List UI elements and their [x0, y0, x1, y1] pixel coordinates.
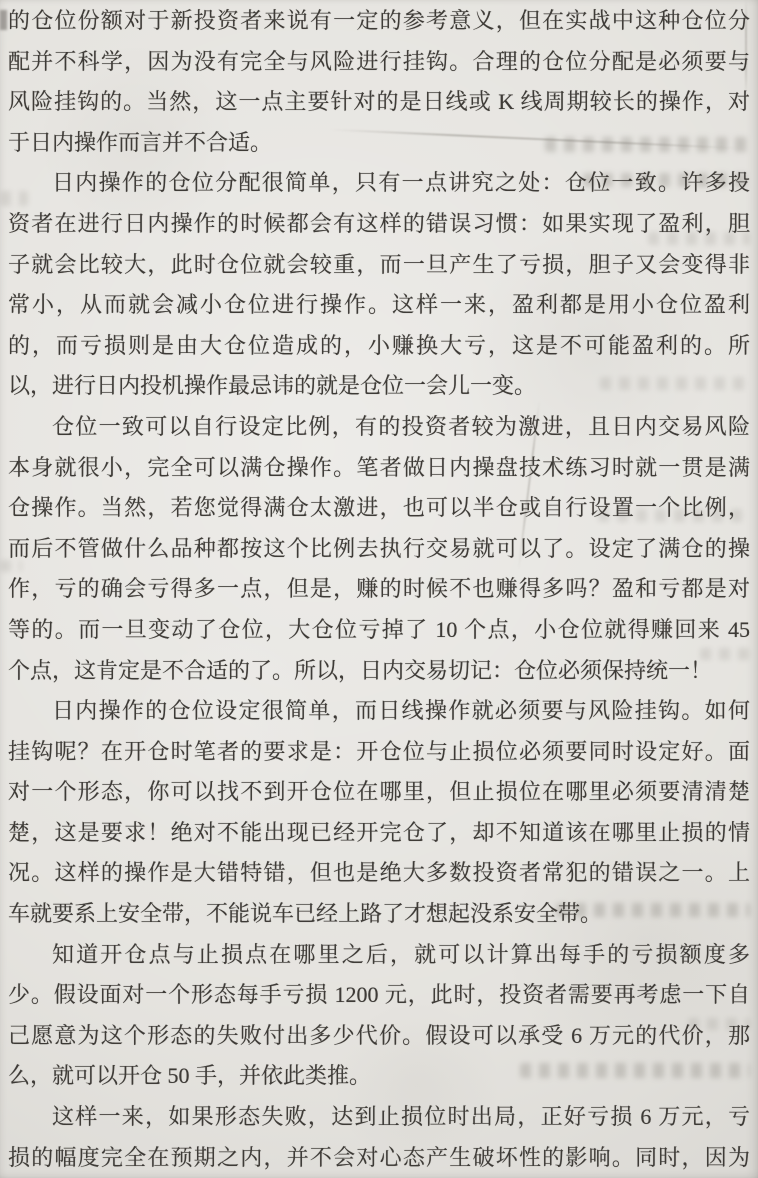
- text-line: 风险挂钩的。当然，这一点主要针对的是日线或 K 线周期较长的操作，对: [8, 82, 750, 123]
- text-line: 常小，从而就会减小仓位进行操作。这样一来，盈利都是用小仓位盈利: [8, 285, 750, 326]
- text-line: 于日内操作而言并不合适。: [8, 123, 750, 164]
- scan-edge-mark: [0, 10, 7, 30]
- book-page: 的仓位份额对于新投资者来说有一定的参考意义，但在实战中这种仓位分配并不科学，因为…: [0, 0, 758, 1178]
- text-line: 等的。而一旦变动了仓位，大仓位亏掉了 10 个点，小仓位就得赚回来 45: [8, 610, 750, 651]
- text-line: 己愿意为这个形态的失败付出多少代价。假设可以承受 6 万元的代价，那: [8, 1016, 750, 1057]
- text-line: 的仓位份额对于新投资者来说有一定的参考意义，但在实战中这种仓位分: [8, 1, 750, 42]
- text-line: 以，进行日内投机操作最忌讳的就是仓位一会儿一变。: [8, 366, 750, 407]
- text-line: 资者在进行日内操作的时候都会有这样的错误习惯：如果实现了盈利，胆: [8, 204, 750, 245]
- text-line: 这样一来，如果形态失败，达到止损位时出局，正好亏损 6 万元，亏: [8, 1097, 750, 1138]
- text-line: 作，亏的确会亏得多一点，但是，赚的时候不也赚得多吗？盈和亏都是对: [8, 569, 750, 610]
- text-line: 而后不管做什么品种都按这个比例去执行交易就可以了。设定了满仓的操: [8, 529, 750, 570]
- text-line: 配并不科学，因为没有完全与风险进行挂钩。合理的仓位分配是必须要与: [8, 42, 750, 83]
- text-line: 仓操作。当然，若您觉得满仓太激进，也可以半仓或自行设置一个比例，: [8, 488, 750, 529]
- text-line: 个点，这肯定是不合适的了。所以，日内交易切记：仓位必须保持统一！: [8, 651, 750, 692]
- text-line: 车就要系上安全带，不能说车已经上路了才想起没系安全带。: [8, 894, 750, 935]
- text-line: 对一个形态，你可以找不到开仓位在哪里，但止损位在哪里必须要清清楚: [8, 772, 750, 813]
- text-line: 楚，这是要求！绝对不能出现已经开完仓了，却不知道该在哪里止损的情: [8, 813, 750, 854]
- text-line: 日内操作的仓位设定很简单，而日线操作就必须要与风险挂钩。如何: [8, 691, 750, 732]
- text-column: 的仓位份额对于新投资者来说有一定的参考意义，但在实战中这种仓位分配并不科学，因为…: [8, 1, 750, 1178]
- text-line: 损的幅度完全在预期之内，并不会对心态产生破坏性的影响。同时，因为: [8, 1138, 750, 1178]
- text-line: 的，而亏损则是由大仓位造成的，小赚换大亏，这是不可能盈利的。所: [8, 326, 750, 367]
- text-line: 况。这样的操作是大错特错，但也是绝大多数投资者常犯的错误之一。上: [8, 853, 750, 894]
- text-line: 挂钩呢？在开仓时笔者的要求是：开仓位与止损位必须要同时设定好。面: [8, 732, 750, 773]
- text-line: 么，就可以开仓 50 手，并依此类推。: [8, 1056, 750, 1097]
- text-line: 知道开仓点与止损点在哪里之后，就可以计算出每手的亏损额度多: [8, 935, 750, 976]
- text-line: 本身就很小，完全可以满仓操作。笔者做日内操盘技术练习时就一贯是满: [8, 448, 750, 489]
- text-line: 子就会比较大，此时仓位就会较重，而一旦产生了亏损，胆子又会变得非: [8, 245, 750, 286]
- text-line: 少。假设面对一个形态每手亏损 1200 元，此时，投资者需要再考虑一下自: [8, 975, 750, 1016]
- text-line: 仓位一致可以自行设定比例，有的投资者较为激进，且日内交易风险: [8, 407, 750, 448]
- text-line: 日内操作的仓位分配很简单，只有一点讲究之处：仓位一致。许多投: [8, 163, 750, 204]
